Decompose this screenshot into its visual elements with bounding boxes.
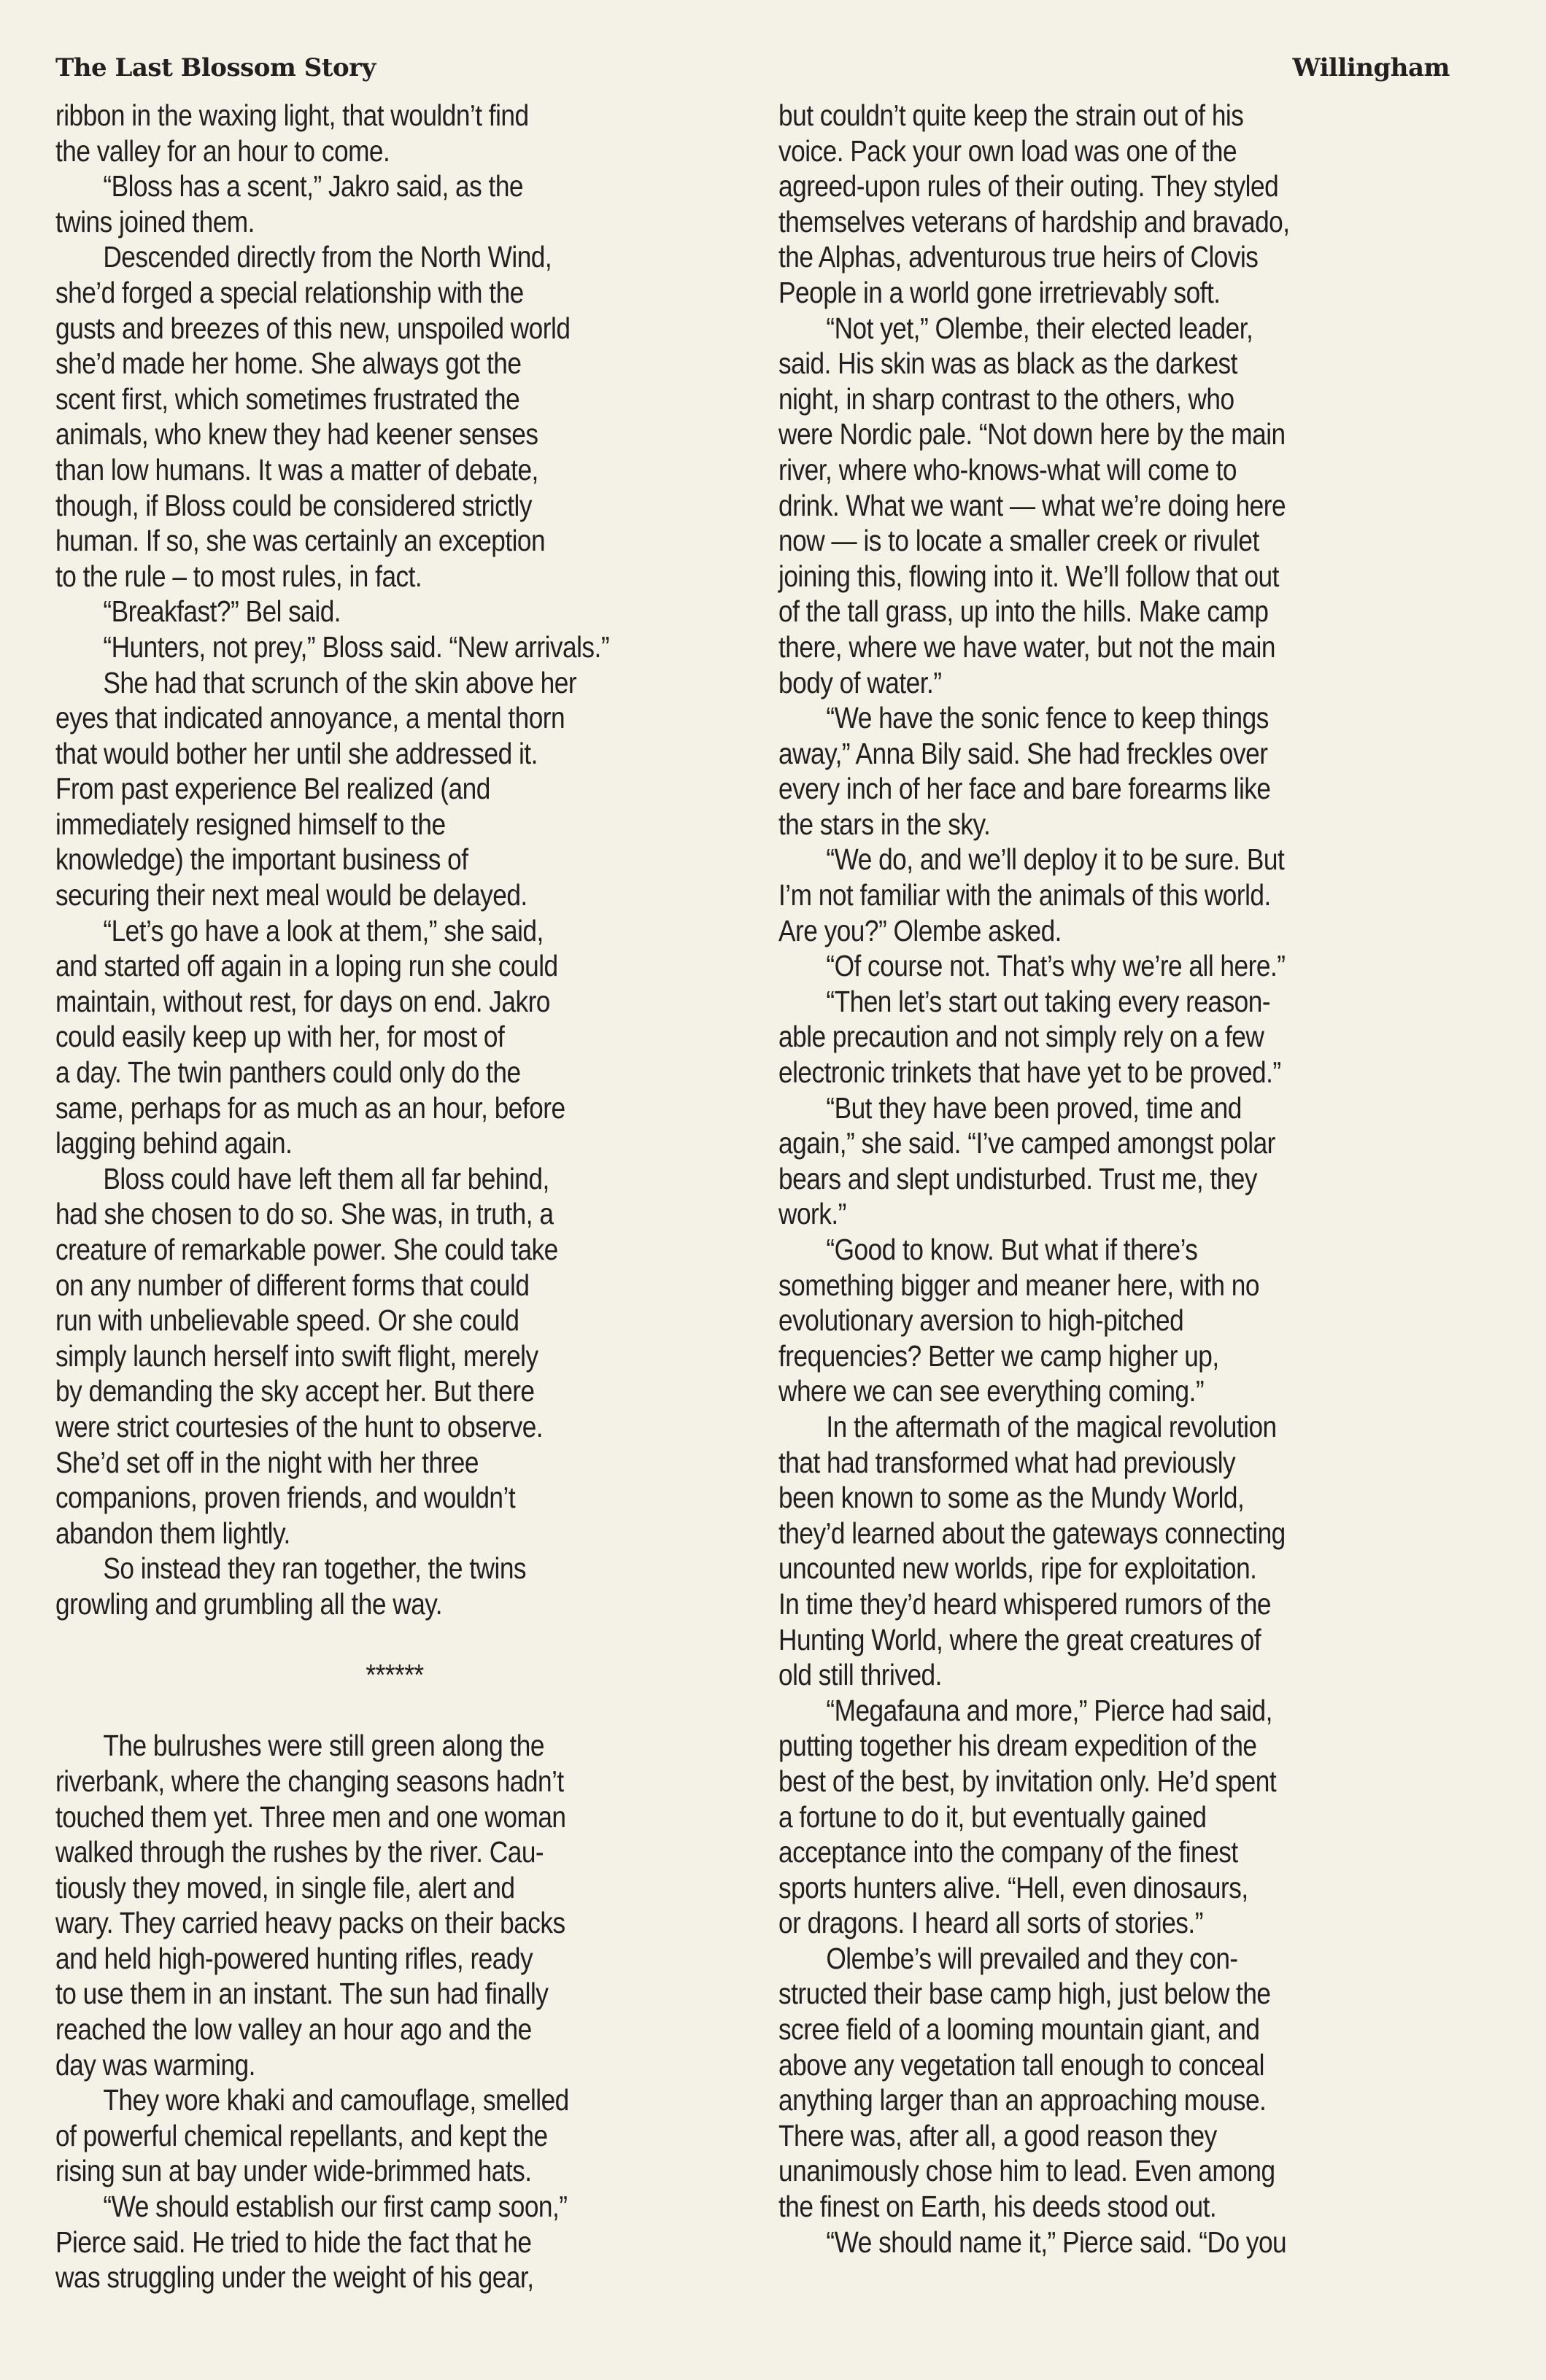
text-line: by demanding the sky accept her. But the… bbox=[55, 1373, 652, 1409]
text-line: something bigger and meaner here, with n… bbox=[778, 1268, 1375, 1303]
text-line: “We have the sonic fence to keep things bbox=[778, 700, 1375, 736]
text-line: rising sun at bay under wide-brimmed hat… bbox=[55, 2153, 652, 2189]
blank-line bbox=[55, 1622, 652, 1658]
text-line: the stars in the sky. bbox=[778, 807, 1375, 842]
blank-line bbox=[55, 1693, 652, 1729]
text-line: she’d made her home. She always got the bbox=[55, 346, 652, 381]
text-line: “But they have been proved, time and bbox=[778, 1090, 1375, 1126]
text-line: They wore khaki and camouflage, smelled bbox=[55, 2082, 652, 2118]
text-line: “We should name it,” Pierce said. “Do yo… bbox=[778, 2225, 1375, 2260]
text-line: human. If so, she was certainly an excep… bbox=[55, 523, 652, 559]
text-line: able precaution and not simply rely on a… bbox=[778, 1019, 1375, 1055]
text-line: anything larger than an approaching mous… bbox=[778, 2082, 1375, 2118]
text-line: electronic trinkets that have yet to be … bbox=[778, 1055, 1375, 1090]
text-line: acceptance into the company of the fines… bbox=[778, 1834, 1375, 1870]
text-line: “Good to know. But what if there’s bbox=[778, 1232, 1375, 1268]
text-line: wary. They carried heavy packs on their … bbox=[55, 1905, 652, 1941]
text-line: unanimously chose him to lead. Even amon… bbox=[778, 2153, 1375, 2189]
text-line: that had transformed what had previously bbox=[778, 1445, 1375, 1481]
text-line: “Of course not. That’s why we’re all her… bbox=[778, 948, 1375, 984]
text-line: there, where we have water, but not the … bbox=[778, 629, 1375, 665]
text-line: again,” she said. “I’ve camped amongst p… bbox=[778, 1125, 1375, 1161]
text-line: maintain, without rest, for days on end.… bbox=[55, 984, 652, 1020]
text-line: “Hunters, not prey,” Bloss said. “New ar… bbox=[55, 629, 652, 665]
text-line: on any number of different forms that co… bbox=[55, 1268, 652, 1303]
text-line: were Nordic pale. “Not down here by the … bbox=[778, 416, 1375, 452]
text-line: Hunting World, where the great creatures… bbox=[778, 1622, 1375, 1658]
text-line: She’d set off in the night with her thre… bbox=[55, 1445, 652, 1481]
text-line: Pierce said. He tried to hide the fact t… bbox=[55, 2225, 652, 2260]
text-line: In time they’d heard whispered rumors of… bbox=[778, 1586, 1375, 1622]
text-line: the finest on Earth, his deeds stood out… bbox=[778, 2189, 1375, 2225]
text-line: ribbon in the waxing light, that wouldn’… bbox=[55, 98, 652, 133]
text-line: Olembe’s will prevailed and they con- bbox=[778, 1941, 1375, 1977]
text-line: drink. What we want — what we’re doing h… bbox=[778, 488, 1375, 524]
text-line: creature of remarkable power. She could … bbox=[55, 1232, 652, 1268]
text-line: structed their base camp high, just belo… bbox=[778, 1976, 1375, 2012]
text-line: same, perhaps for as much as an hour, be… bbox=[55, 1090, 652, 1126]
text-line: and started off again in a loping run sh… bbox=[55, 948, 652, 984]
text-line: abandon them lightly. bbox=[55, 1516, 652, 1551]
text-line: “Breakfast?” Bel said. bbox=[55, 594, 652, 629]
text-line: From past experience Bel realized (and bbox=[55, 771, 652, 807]
text-line: she’d forged a special relationship with… bbox=[55, 275, 652, 311]
text-line: that would bother her until she addresse… bbox=[55, 736, 652, 772]
text-line: frequencies? Better we camp higher up, bbox=[778, 1338, 1375, 1374]
text-line: to use them in an instant. The sun had f… bbox=[55, 1976, 652, 2012]
text-line: reached the low valley an hour ago and t… bbox=[55, 2012, 652, 2047]
text-line: said. His skin was as black as the darke… bbox=[778, 346, 1375, 381]
text-line: joining this, flowing into it. We’ll fol… bbox=[778, 559, 1375, 594]
author-name: Willingham bbox=[1293, 50, 1450, 86]
text-line: She had that scrunch of the skin above h… bbox=[55, 665, 652, 701]
text-line: agreed-upon rules of their outing. They … bbox=[778, 168, 1375, 204]
text-line: where we can see everything coming.” bbox=[778, 1373, 1375, 1409]
text-line: best of the best, by invitation only. He… bbox=[778, 1764, 1375, 1799]
text-line: animals, who knew they had keener senses bbox=[55, 416, 652, 452]
text-line: of the tall grass, up into the hills. Ma… bbox=[778, 594, 1375, 629]
text-line: of powerful chemical repellants, and kep… bbox=[55, 2118, 652, 2154]
text-line: There was, after all, a good reason they bbox=[778, 2118, 1375, 2154]
text-line: Descended directly from the North Wind, bbox=[55, 239, 652, 275]
text-line: “Bloss has a scent,” Jakro said, as the bbox=[55, 168, 652, 204]
text-line: to the rule – to most rules, in fact. bbox=[55, 559, 652, 594]
text-line: So instead they ran together, the twins bbox=[55, 1551, 652, 1586]
text-line: Are you?” Olembe asked. bbox=[778, 913, 1375, 949]
text-line: “Not yet,” Olembe, their elected leader, bbox=[778, 311, 1375, 346]
text-line: a day. The twin panthers could only do t… bbox=[55, 1055, 652, 1090]
text-line: the valley for an hour to come. bbox=[55, 133, 652, 169]
text-line: river, where who-knows-what will come to bbox=[778, 452, 1375, 488]
text-line: been known to some as the Mundy World, bbox=[778, 1480, 1375, 1516]
text-line: scent first, which sometimes frustrated … bbox=[55, 381, 652, 417]
text-line: though, if Bloss could be considered str… bbox=[55, 488, 652, 524]
text-line: “Let’s go have a look at them,” she said… bbox=[55, 913, 652, 949]
text-line: gusts and breezes of this new, unspoiled… bbox=[55, 311, 652, 346]
text-line: People in a world gone irretrievably sof… bbox=[778, 275, 1375, 311]
left-text-column: ribbon in the waxing light, that wouldn’… bbox=[55, 98, 749, 2295]
text-line: they’d learned about the gateways connec… bbox=[778, 1516, 1375, 1551]
text-line: “We should establish our first camp soon… bbox=[55, 2189, 652, 2225]
text-line: Bloss could have left them all far behin… bbox=[55, 1161, 652, 1197]
text-line: run with unbelievable speed. Or she coul… bbox=[55, 1303, 652, 1338]
text-line: “Then let’s start out taking every reaso… bbox=[778, 984, 1375, 1020]
text-line: immediately resigned himself to the bbox=[55, 807, 652, 842]
text-line: scree field of a looming mountain giant,… bbox=[778, 2012, 1375, 2047]
text-line: now — is to locate a smaller creek or ri… bbox=[778, 523, 1375, 559]
text-line: eyes that indicated annoyance, a mental … bbox=[55, 700, 652, 736]
section-break: ****** bbox=[103, 1657, 687, 1693]
text-line: “Megafauna and more,” Pierce had said, bbox=[778, 1693, 1375, 1729]
text-line: but couldn’t quite keep the strain out o… bbox=[778, 98, 1375, 133]
text-line: had she chosen to do so. She was, in tru… bbox=[55, 1196, 652, 1232]
text-line: than low humans. It was a matter of deba… bbox=[55, 452, 652, 488]
text-line: touched them yet. Three men and one woma… bbox=[55, 1799, 652, 1835]
text-line: securing their next meal would be delaye… bbox=[55, 877, 652, 913]
text-line: I’m not familiar with the animals of thi… bbox=[778, 877, 1375, 913]
text-line: putting together his dream expedition of… bbox=[778, 1728, 1375, 1764]
text-line: body of water.” bbox=[778, 665, 1375, 701]
text-line: evolutionary aversion to high-pitched bbox=[778, 1303, 1375, 1338]
running-header: The Last Blossom Story Willingham bbox=[55, 50, 1450, 86]
text-line: uncounted new worlds, ripe for exploitat… bbox=[778, 1551, 1375, 1586]
text-line: growling and grumbling all the way. bbox=[55, 1586, 652, 1622]
text-line: knowledge) the important business of bbox=[55, 842, 652, 877]
text-line: riverbank, where the changing seasons ha… bbox=[55, 1764, 652, 1799]
text-line: away,” Anna Bily said. She had freckles … bbox=[778, 736, 1375, 772]
text-line: or dragons. I heard all sorts of stories… bbox=[778, 1905, 1375, 1941]
text-line: bears and slept undisturbed. Trust me, t… bbox=[778, 1161, 1375, 1197]
text-line: old still thrived. bbox=[778, 1657, 1375, 1693]
text-line: In the aftermath of the magical revoluti… bbox=[778, 1409, 1375, 1445]
text-line: was struggling under the weight of his g… bbox=[55, 2260, 652, 2295]
text-line: could easily keep up with her, for most … bbox=[55, 1019, 652, 1055]
text-line: twins joined them. bbox=[55, 204, 652, 240]
book-page: The Last Blossom Story Willingham ribbon… bbox=[0, 0, 1546, 2380]
text-line: The bulrushes were still green along the bbox=[55, 1728, 652, 1764]
text-line: companions, proven friends, and wouldn’t bbox=[55, 1480, 652, 1516]
text-line: were strict courtesies of the hunt to ob… bbox=[55, 1409, 652, 1445]
right-text-column: but couldn’t quite keep the strain out o… bbox=[778, 98, 1472, 2260]
text-line: walked through the rushes by the river. … bbox=[55, 1834, 652, 1870]
text-line: voice. Pack your own load was one of the bbox=[778, 133, 1375, 169]
text-line: sports hunters alive. “Hell, even dinosa… bbox=[778, 1870, 1375, 1906]
text-line: work.” bbox=[778, 1196, 1375, 1232]
text-line: themselves veterans of hardship and brav… bbox=[778, 204, 1375, 240]
text-line: night, in sharp contrast to the others, … bbox=[778, 381, 1375, 417]
text-line: the Alphas, adventurous true heirs of Cl… bbox=[778, 239, 1375, 275]
text-line: day was warming. bbox=[55, 2047, 652, 2083]
text-line: tiously they moved, in single file, aler… bbox=[55, 1870, 652, 1906]
text-line: “We do, and we’ll deploy it to be sure. … bbox=[778, 842, 1375, 877]
text-line: simply launch herself into swift flight,… bbox=[55, 1338, 652, 1374]
text-line: lagging behind again. bbox=[55, 1125, 652, 1161]
book-title: The Last Blossom Story bbox=[55, 50, 376, 86]
text-line: and held high-powered hunting rifles, re… bbox=[55, 1941, 652, 1977]
text-line: a fortune to do it, but eventually gaine… bbox=[778, 1799, 1375, 1835]
text-line: every inch of her face and bare forearms… bbox=[778, 771, 1375, 807]
text-line: above any vegetation tall enough to conc… bbox=[778, 2047, 1375, 2083]
